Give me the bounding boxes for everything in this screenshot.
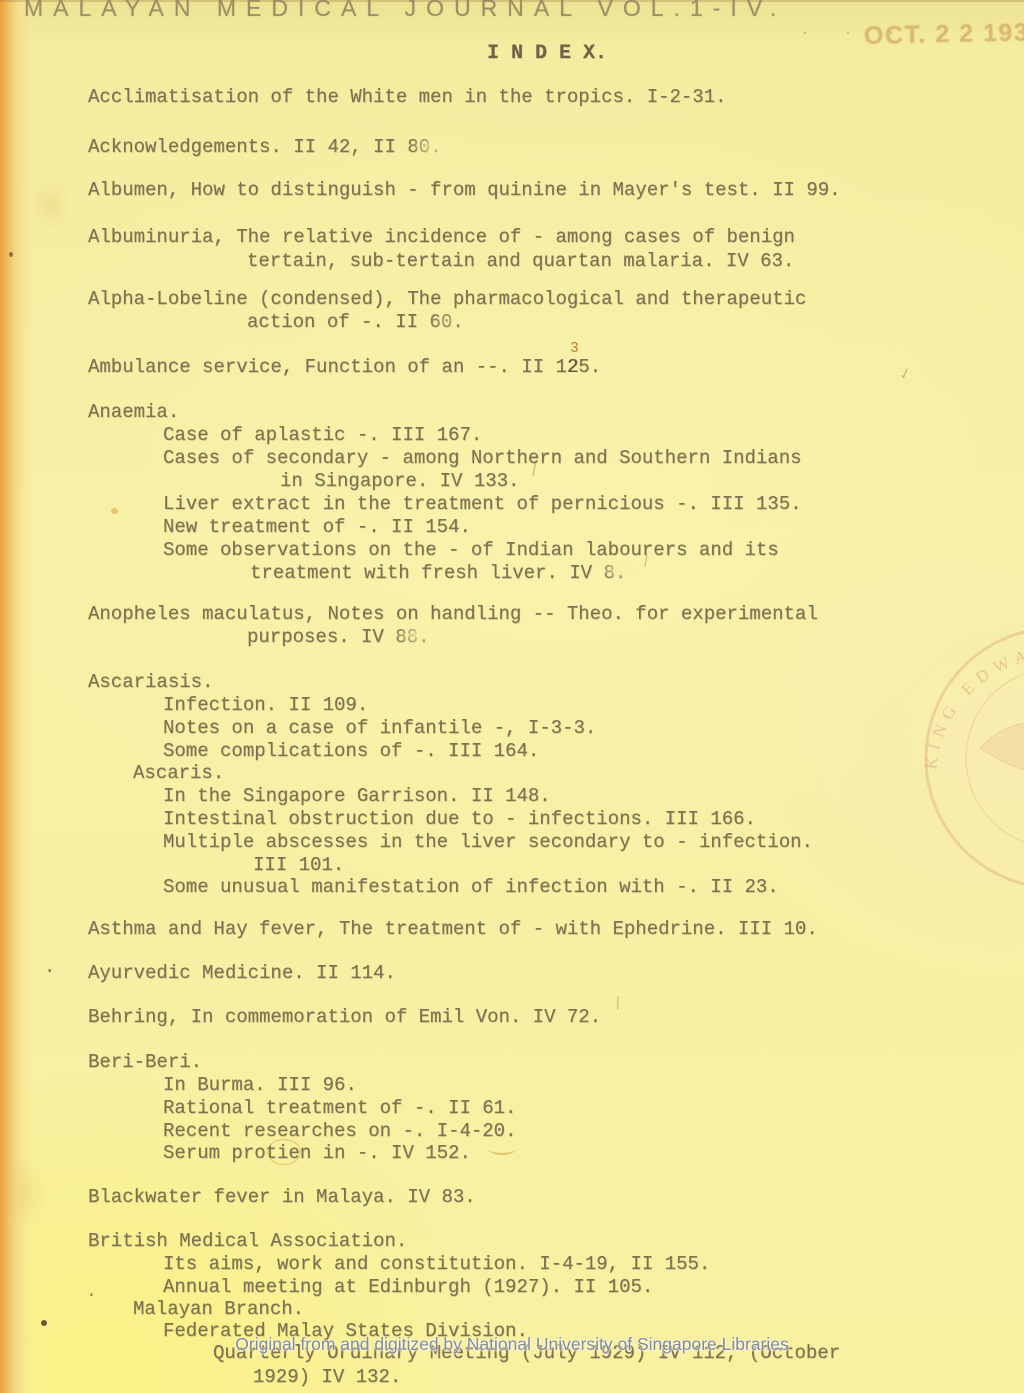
index-heading-line: Malayan Branch. (133, 1298, 304, 1320)
digitization-watermark: Original from and digitized by National … (235, 1334, 788, 1355)
index-entry-line: Albuminuria, The relative incidence of -… (88, 226, 795, 248)
paper-stain (20, 170, 80, 240)
index-subentry-line: In Burma. III 96. (163, 1074, 357, 1096)
index-subentry-line: Its aims, work and constitution. I-4-19,… (163, 1253, 710, 1275)
index-subentry-line: In the Singapore Garrison. II 148. (163, 785, 551, 807)
index-entry-continuation: tertain, sub-tertain and quartan malaria… (247, 250, 794, 272)
index-entry-continuation: purposes. IV 88. (247, 626, 429, 648)
index-heading-line: Ascaris. (133, 762, 224, 784)
index-subentry-line: Recent researches on -. I-4-20. (163, 1120, 516, 1142)
seal-outer-circle (926, 628, 1024, 888)
index-heading-line: Beri-Beri. (88, 1051, 202, 1073)
index-entry-continuation: action of -. II 60. (247, 311, 464, 333)
pencil-curve-mark (488, 1142, 516, 1155)
index-subentry-line: Some observations on the - of Indian lab… (163, 539, 779, 561)
page-title: I N D E X. (487, 43, 607, 65)
margin-period-mark: . (44, 956, 55, 978)
index-entry-continuation: III 101. (253, 854, 344, 876)
paper-stain (0, 1150, 60, 1240)
king-edward-seal: KING EDWARD VII (884, 598, 1024, 928)
index-entry-line: Acknowledgements. II 42, II 80. (88, 136, 441, 158)
index-entry-line-ambulance: Ambulance service, Function of an --. II… (88, 356, 601, 378)
pencil-circle-annotation (267, 1139, 301, 1165)
index-entry-line: Anopheles maculatus, Notes on handling -… (88, 603, 818, 625)
pencil-correction-digit: 3 (570, 341, 579, 356)
index-subentry-line: Rational treatment of -. II 61. (163, 1097, 516, 1119)
index-subentry-line: Case of aplastic -. III 167. (163, 424, 482, 446)
index-subentry-line: Some complications of -. III 164. (163, 740, 539, 762)
seal-text: KING EDWARD VII (921, 643, 1024, 771)
page-left-edge-shading (0, 0, 34, 1393)
index-entry-continuation: 1929) IV 132. (253, 1366, 401, 1388)
index-entry-line: Alpha-Lobeline (condensed), The pharmaco… (88, 288, 806, 310)
date-received-stamp: OCT. 2 2 1930 (864, 18, 1024, 51)
index-subentry-line: Notes on a case of infantile -, I-3-3. (163, 717, 596, 739)
index-subentry-line: Serum protien in -. IV 152. (163, 1142, 471, 1164)
journal-title-header: MALAYAN MEDICAL JOURNAL VOL.1-IV. (24, 0, 786, 22)
index-entry-continuation: in Singapore. IV 133. (280, 470, 519, 492)
index-heading-line: Anaemia. (88, 401, 179, 423)
index-subentry-line: Annual meeting at Edinburgh (1927). II 1… (163, 1276, 653, 1298)
index-subentry-line: Infection. II 109. (163, 694, 368, 716)
margin-tick-mark: · (86, 1286, 97, 1306)
index-subentry-line: Some unusual manifestation of infection … (163, 876, 779, 898)
index-entry-line: Ayurvedic Medicine. II 114. (88, 962, 396, 984)
ink-dot-mark (41, 1320, 47, 1326)
seal-curved-text: KING EDWARD VII (921, 643, 1024, 771)
index-subentry-line: Liver extract in the treatment of pernic… (163, 493, 802, 515)
entry-text: 5. (578, 356, 601, 378)
index-entry-line: Acclimatisation of the White men in the … (88, 86, 727, 108)
stain-speck (111, 508, 118, 514)
overtyped-digit: 2 (567, 356, 578, 378)
overtyped-digit-wrap: 23 (567, 356, 578, 378)
entry-text: Ambulance service, Function of an --. II… (88, 356, 567, 378)
scanned-index-page: MALAYAN MEDICAL JOURNAL VOL.1-IV. · · · … (0, 0, 1024, 1393)
index-entry-continuation: treatment with fresh liver. IV 8. (250, 562, 626, 584)
index-subentry-line: Cases of secondary - among Northern and … (163, 447, 802, 469)
index-subentry-line: New treatment of -. II 154. (163, 516, 471, 538)
seal-inner-circle (966, 668, 1024, 848)
index-entry-line: Albumen, How to distinguish - from quini… (88, 179, 841, 201)
index-subentry-line: Multiple abscesses in the liver secondar… (163, 831, 813, 853)
index-heading-line: Ascariasis. (88, 671, 213, 693)
index-heading-line: British Medical Association. (88, 1230, 407, 1252)
index-entry-line: Asthma and Hay fever, The treatment of -… (88, 918, 818, 940)
index-subentry-line: Intestinal obstruction due to - infectio… (163, 808, 756, 830)
ink-speck (9, 252, 13, 257)
index-entry-line: Behring, In commemoration of Emil Von. I… (88, 1006, 601, 1028)
index-entry-line: Blackwater fever in Malaya. IV 83. (88, 1186, 476, 1208)
pencil-stroke-mark: / (610, 996, 624, 1015)
pencil-tick-mark: ✓ (898, 363, 913, 386)
seal-crest-figure (980, 722, 1024, 818)
